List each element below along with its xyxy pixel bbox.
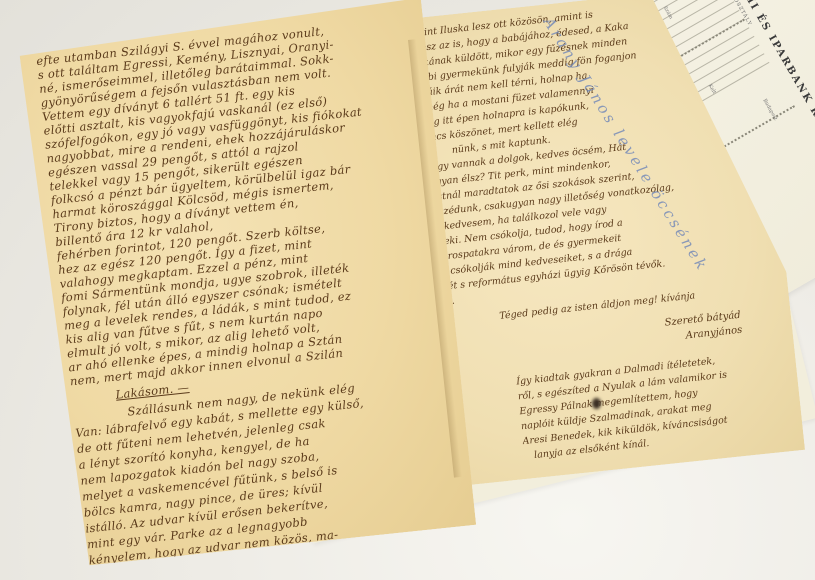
- photo-scene: Tárgy: Szám Kelt Budapest KERESKEDELMI É…: [0, 0, 815, 580]
- ink-stain: [592, 398, 601, 409]
- manuscript-left-page: efte utamban Szilágyi S. évvel magához v…: [18, 0, 476, 567]
